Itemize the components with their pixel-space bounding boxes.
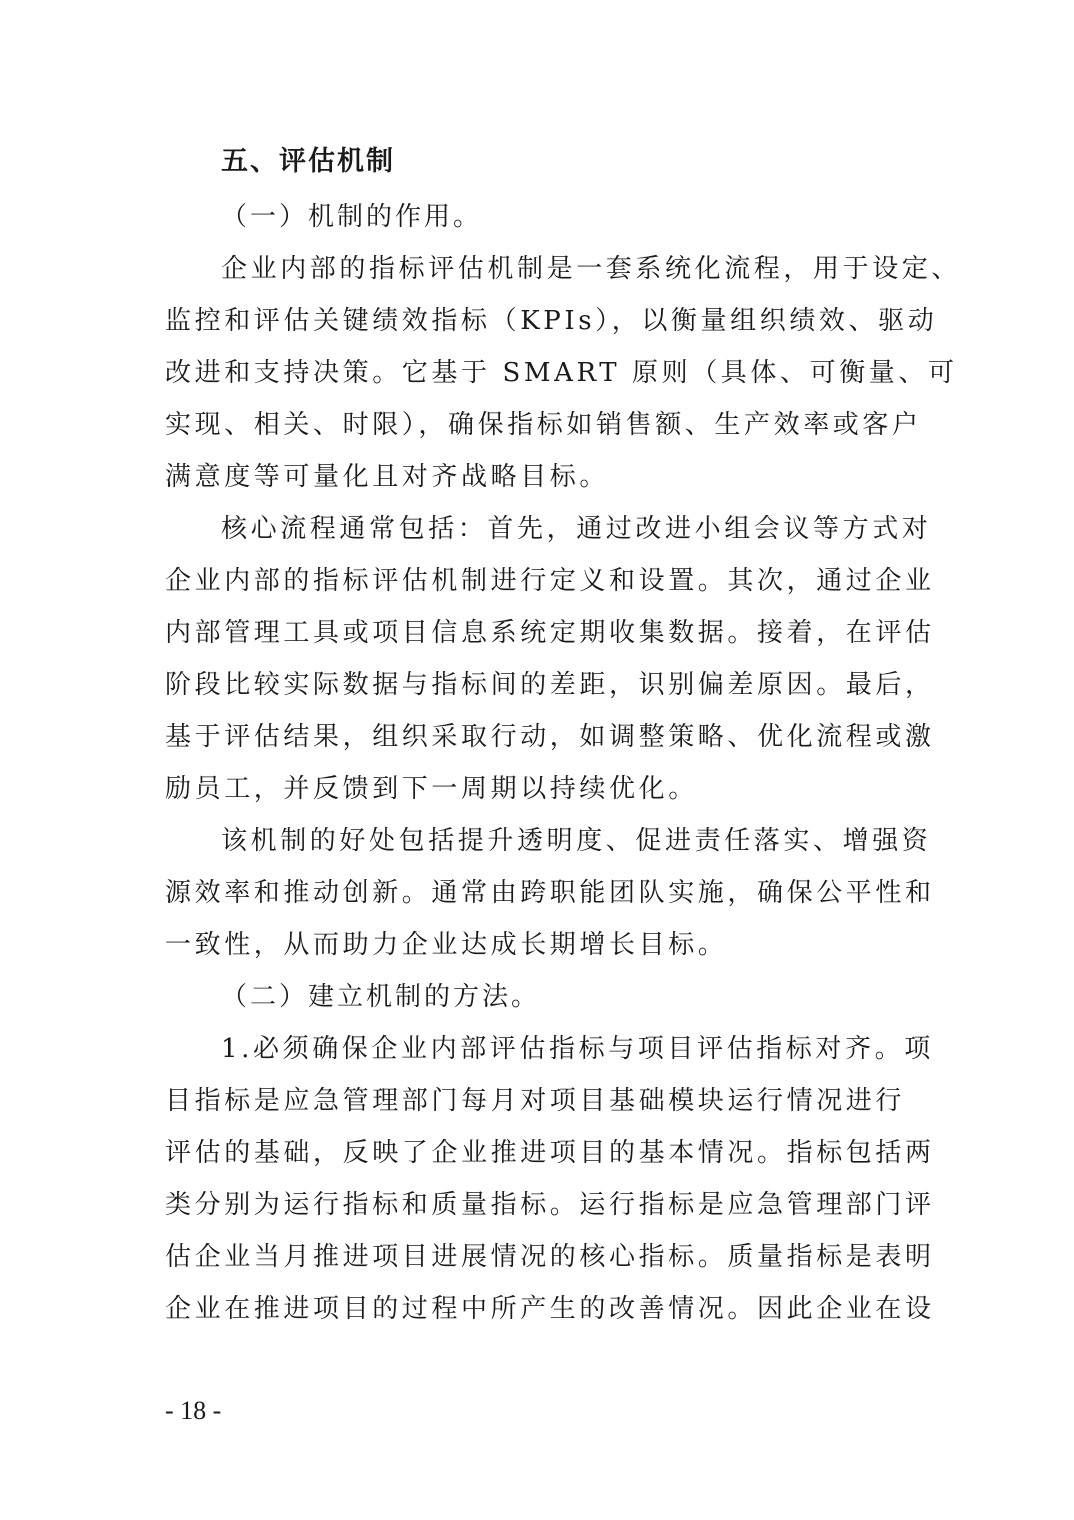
paragraph-line: 一致性，从而助力企业达成长期增长目标。 [165,928,925,962]
page-number: - 18 - [165,1396,221,1426]
paragraph-line: 源效率和推动创新。通常由跨职能团队实施，确保公平性和 [165,876,925,910]
paragraph-line: 实现、相关、时限），确保指标如销售额、生产效率或客户 [165,408,925,442]
document-page: 五、评估机制 （一）机制的作用。 企业内部的指标评估机制是一套系统化流程，用于设… [0,0,1074,1520]
subsection-title-method: （二）建立机制的方法。 [221,980,540,1014]
paragraph-line: 企业在推进项目的过程中所产生的改善情况。因此企业在设 [165,1292,925,1326]
paragraph-line: 1.必须确保企业内部评估指标与项目评估指标对齐。项 [221,1032,981,1066]
paragraph-line: 改进和支持决策。它基于 SMART 原则（具体、可衡量、可 [165,356,925,390]
paragraph-line: 基于评估结果，组织采取行动，如调整策略、优化流程或激 [165,720,925,754]
paragraph-line: 内部管理工具或项目信息系统定期收集数据。接着，在评估 [165,616,925,650]
paragraph-line: 监控和评估关键绩效指标（KPIs），以衡量组织绩效、驱动 [165,304,925,338]
paragraph-line: 满意度等可量化且对齐战略目标。 [165,460,925,494]
paragraph-line: 估企业当月推进项目进展情况的核心指标。质量指标是表明 [165,1240,925,1274]
paragraph-line: 励员工，并反馈到下一周期以持续优化。 [165,772,925,806]
section-title: 五、评估机制 [221,145,395,179]
paragraph-line: 企业内部的指标评估机制是一套系统化流程，用于设定、 [221,252,981,286]
paragraph-line: 该机制的好处包括提升透明度、促进责任落实、增强资 [221,824,981,858]
paragraph-line: 企业内部的指标评估机制进行定义和设置。其次，通过企业 [165,564,925,598]
subsection-title-role: （一）机制的作用。 [221,200,482,234]
paragraph-line: 目指标是应急管理部门每月对项目基础模块运行情况进行 [165,1084,925,1118]
paragraph-line: 评估的基础，反映了企业推进项目的基本情况。指标包括两 [165,1136,925,1170]
paragraph-line: 核心流程通常包括：首先，通过改进小组会议等方式对 [221,512,981,546]
paragraph-line: 阶段比较实际数据与指标间的差距，识别偏差原因。最后， [165,668,925,702]
paragraph-line: 类分别为运行指标和质量指标。运行指标是应急管理部门评 [165,1188,925,1222]
